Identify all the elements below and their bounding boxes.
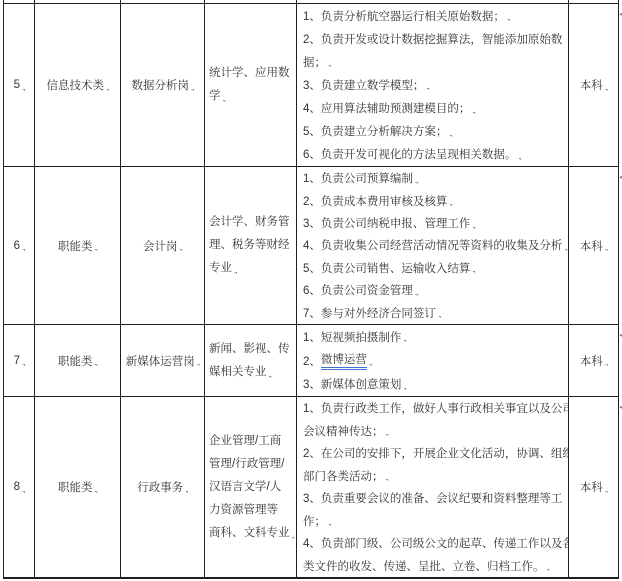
paragraph-mark: ., [95,485,97,494]
duty-line: 会议精神传达；., [303,420,566,443]
education-cell[interactable]: 本科., [569,325,619,397]
education-cell[interactable]: 本科., [569,167,619,325]
education-cell[interactable]: 本科., [569,4,619,167]
major-cell[interactable]: 统计学、应用数 学., [205,4,297,167]
position-label: 行政事务 [137,479,183,495]
serial-number: 6 [14,240,20,252]
duty-line: 2、在公司的安排下，开展企业文化活动，协调、组织 [303,442,566,465]
position-label: 会计岗 [143,238,178,254]
duty-line: 3、负责公司纳税申报、管理工作., [303,212,566,234]
position-cell[interactable]: 会计岗., [121,167,205,325]
paragraph-mark: ., [605,243,607,252]
duty-line: 4、应用算法辅助预测建模目的；., [303,97,566,120]
paragraph-mark: ., [564,243,566,252]
paragraph-mark: ., [22,358,24,367]
paragraph-mark: ., [449,129,451,138]
major-line: 商科、文科专业., [209,522,294,545]
major-line: 力资源管理等 [209,499,294,522]
major-cell[interactable]: 企业管理/工商 管理/行政管理/ 汉语言文学/人 力资源管理等 商科、文科专业.… [205,397,297,579]
category-label: 职能类 [58,238,93,254]
duties-cell[interactable]: 1、短视频拍摄制作., 2、微博运营., 3、新媒体创意策划., [297,325,569,397]
duty-line: 3、新媒体创意策划., [303,372,566,396]
duty-line: 4、负责部门级、公司级公文的起草、传递工作以及各 [303,532,566,555]
major-line: 统计学、应用数 [209,62,294,85]
duties-cell[interactable]: 1、负责公司预算编制., 2、负责成本费用审核及核算., 3、负责公司纳税申报、… [297,167,569,325]
paragraph-mark: ., [472,106,474,115]
paragraph-mark: ., [191,83,193,92]
duty-line: 4、负责收集公司经营活动情况等资料的收集及分析., [303,234,566,256]
paragraph-mark: ., [95,243,97,252]
paragraph-mark: ., [403,334,405,343]
duty-line: 3、负责建立数学模型；., [303,73,566,96]
position-cell[interactable]: 数据分析岗., [121,4,205,167]
document-page: 5., 信息技术类., 数据分析岗., 统计学、应用数 学., 1、负责分析航空… [0,0,622,581]
serial-cell[interactable]: 5., [4,4,35,167]
education-label: 本科 [580,238,603,254]
paragraph-mark: ., [292,531,294,540]
paragraph-mark: ., [472,221,474,230]
duty-line: 6、负责开发可视化的方法呈现相关数据。., [303,143,566,166]
grammar-underlined-text: 微博运营 [321,351,367,370]
major-cell[interactable]: 新闻、影视、传 媒相关专业., [205,325,297,397]
paragraph-mark: ., [22,83,24,92]
paragraph-mark: ., [22,243,24,252]
paragraph-mark: ., [605,83,607,92]
duty-line: 7、参与对外经济合同签订., [303,302,566,324]
major-line: 新闻、影视、传 [209,338,294,361]
major-line: 媒相关专业., [209,361,294,384]
education-label: 本科 [580,353,603,369]
paragraph-mark: ., [95,358,97,367]
paragraph-mark: ., [518,152,520,161]
major-line: 管理/行政管理/ [209,453,294,476]
category-cell[interactable]: 职能类., [35,325,121,397]
paragraph-mark: ., [328,59,330,68]
serial-cell[interactable]: 8., [4,397,35,579]
paragraph-mark: ., [328,518,330,527]
category-label: 职能类 [58,479,93,495]
duty-line: 据；., [303,50,566,73]
paragraph-mark: ., [106,83,108,92]
paragraph-mark: ., [507,13,509,22]
duty-line: 部门各类活动；., [303,465,566,488]
major-line: 企业管理/工商 [209,430,294,453]
duty-line: 6、负责公司资金管理., [303,279,566,301]
serial-number: 5 [14,79,20,91]
education-cell[interactable]: 本科., [569,397,619,579]
paragraph-mark: ., [403,382,405,391]
serial-number: 7 [14,355,20,367]
duty-line: 1、短视频拍摄制作., [303,325,566,349]
paragraph-mark: ., [449,198,451,207]
paragraph-mark: ., [386,473,388,482]
row-end-mark: ◄ [618,12,622,18]
education-label: 本科 [580,479,603,495]
paragraph-mark: ., [415,176,417,185]
paragraph-mark: ., [472,265,474,274]
duties-cell[interactable]: 1、负责行政类工作，做好人事行政相关事宜以及公司 会议精神传达；., 2、在公司… [297,397,569,579]
duty-line: 2、负责开发或设计数据挖掘算法，智能添加原始数 [303,27,566,50]
position-cell[interactable]: 新媒体运营岗., [121,325,205,397]
paragraph-mark: ., [185,485,187,494]
paragraph-mark: ., [386,428,388,437]
paragraph-mark: ., [234,266,236,275]
paragraph-mark: ., [197,358,199,367]
duty-line: 5、负责建立分析解决方案；., [303,120,566,143]
duty-line: 类文件的收发、传递、呈批、立卷、归档工作。., [303,555,566,578]
paragraph-mark: ., [426,82,428,91]
paragraph-mark: ., [223,94,225,103]
serial-cell[interactable]: 7., [4,325,35,397]
duty-line: 作；., [303,510,566,533]
duty-line: 2、负责成本费用审核及核算., [303,189,566,211]
duty-line: 1、负责行政类工作，做好人事行政相关事宜以及公司 [303,397,566,420]
category-cell[interactable]: 职能类., [35,397,121,579]
serial-number: 8 [14,481,20,493]
major-line: 专业., [209,257,294,280]
duty-line: 1、负责分析航空器运行相关原始数据；., [303,4,566,27]
category-label: 职能类 [58,353,93,369]
duty-line: 2、微博运营., [303,349,566,373]
duty-line: 5、负责公司销售、运输收入结算., [303,257,566,279]
major-line: 学., [209,85,294,108]
major-line: 理、税务等财经 [209,234,294,257]
paragraph-mark: ., [269,370,271,379]
major-line: 汉语言文学/人 [209,476,294,499]
paragraph-mark: ., [415,288,417,297]
duty-line: 1、负责公司预算编制., [303,167,566,189]
recruitment-positions-table: 5., 信息技术类., 数据分析岗., 统计学、应用数 学., 1、负责分析航空… [3,3,619,579]
paragraph-mark: ., [438,310,440,319]
row-end-mark: ◄ [618,333,622,339]
major-cell[interactable]: 会计学、财务管 理、税务等财经 专业., [205,167,297,325]
major-line: 会计学、财务管 [209,211,294,234]
paragraph-mark: ., [22,485,24,494]
serial-cell[interactable]: 6., [4,167,35,325]
category-label: 信息技术类 [47,77,105,93]
position-cell[interactable]: 行政事务., [121,397,205,579]
paragraph-mark: ., [180,243,182,252]
paragraph-mark: ., [369,358,371,367]
category-cell[interactable]: 信息技术类., [35,4,121,167]
duty-line: 3、负责重要会议的准备、会议纪要和资料整理等工 [303,487,566,510]
row-end-mark: ◄ [618,175,622,181]
row-end-mark: ◄ [618,405,622,411]
paragraph-mark: ., [605,358,607,367]
category-cell[interactable]: 职能类., [35,167,121,325]
education-label: 本科 [580,77,603,93]
position-label: 新媒体运营岗 [126,353,195,369]
position-label: 数据分析岗 [132,77,190,93]
paragraph-mark: ., [605,485,607,494]
duties-cell[interactable]: 1、负责分析航空器运行相关原始数据；., 2、负责开发或设计数据挖掘算法，智能添… [297,4,569,167]
paragraph-mark: ., [547,563,549,572]
